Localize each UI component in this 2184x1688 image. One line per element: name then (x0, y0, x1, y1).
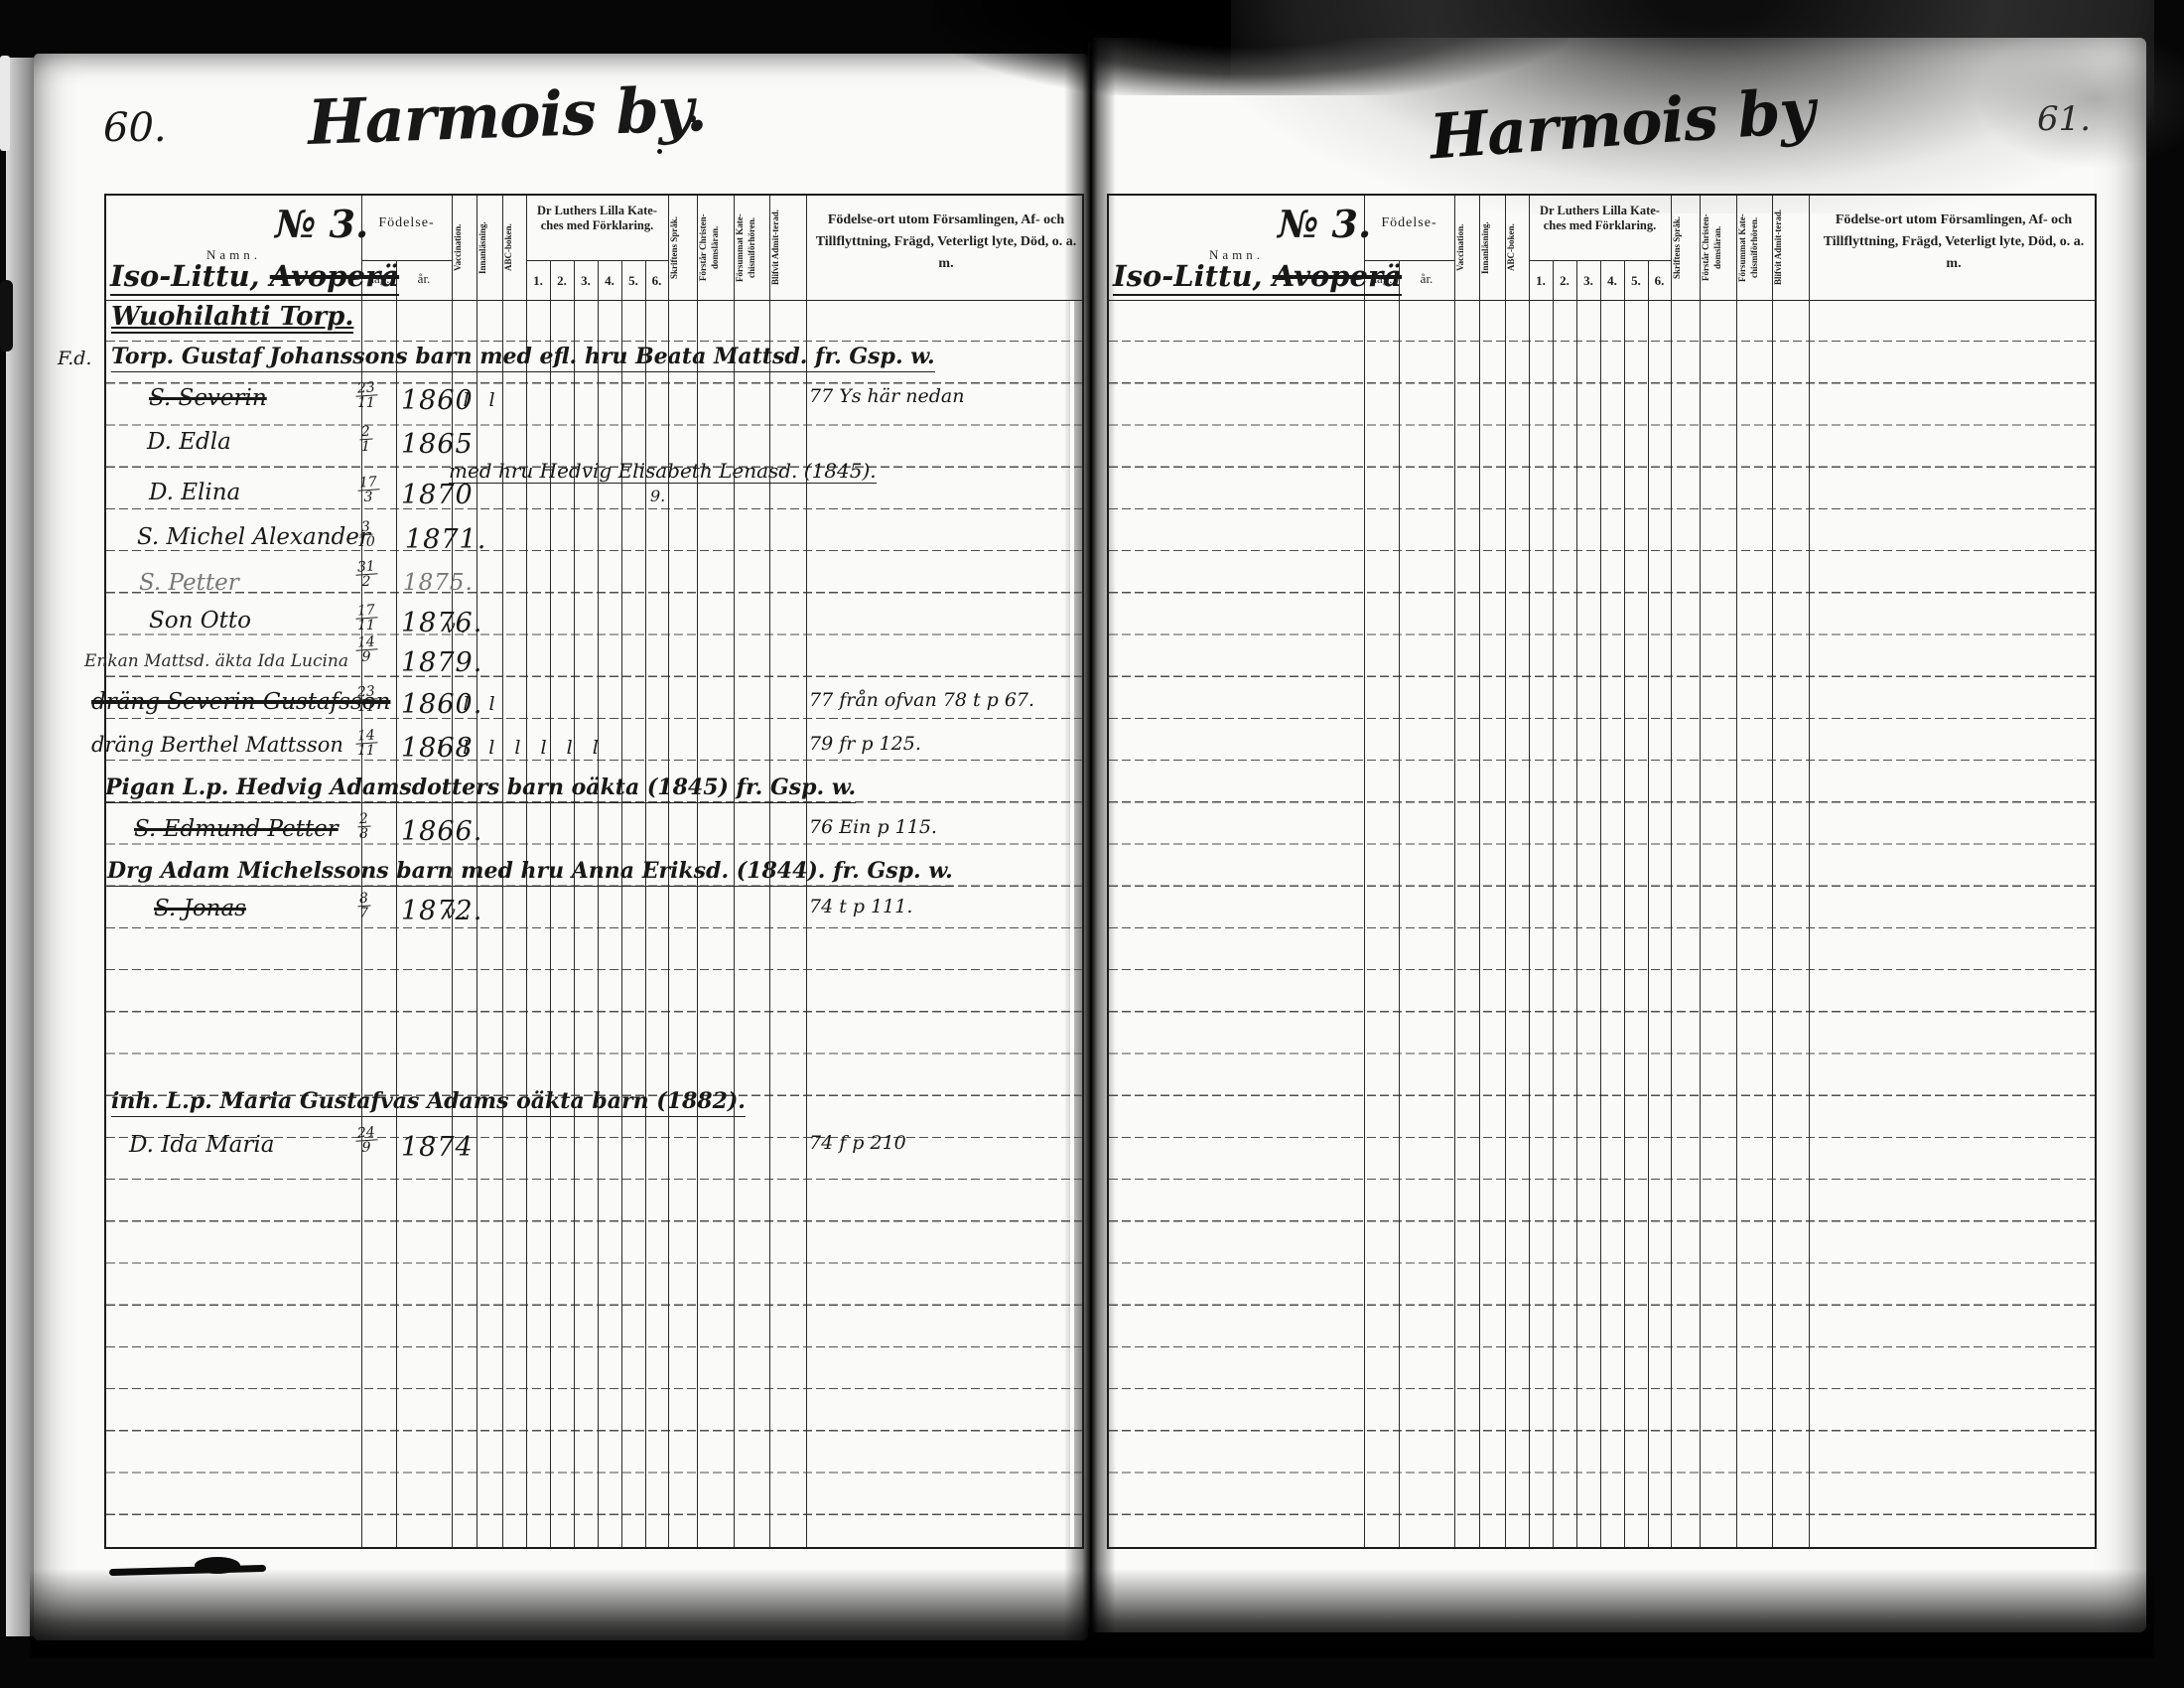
birth-day: 2311 (355, 685, 377, 714)
family-heading-line: Drg Adam Michelssons barn med hru Anna E… (107, 858, 953, 887)
birth-year: 1879. (401, 647, 482, 678)
page-number-left: 60. (103, 105, 167, 151)
birth-day: 149 (355, 635, 377, 664)
birth-month-num: 2 (361, 575, 370, 589)
birth-year: 1866. (401, 816, 482, 847)
record-note: 76 Ein p 115. (809, 816, 937, 838)
kateches-num: 1. (526, 273, 550, 289)
village-name-part: Iso-Littu, (1113, 259, 1263, 293)
birth-month-num: 11 (357, 744, 375, 758)
dag-label: dag. (1364, 271, 1399, 287)
birth-day: 28 (357, 812, 370, 841)
person-name: D. Ida Maria (129, 1132, 274, 1158)
catechism-marks: v. (445, 616, 474, 637)
innanlasning-label: Innanläsning. (1479, 198, 1505, 298)
person-row: D. Edla 21 1865 (0, 429, 2184, 473)
person-row: S. Michel Alexander 310 1871. (0, 524, 2184, 568)
header-subdivider (526, 260, 668, 261)
person-row: S. Edmund Petter 28 1866. 76 Ein p 115. (0, 816, 2184, 860)
forstar-label: Förstår Christen-domsläran. (1700, 198, 1736, 298)
birth-year: 1875. (403, 570, 474, 596)
person-row: S. Jonas 87 1872. v. 74 t p 111. (0, 896, 2184, 939)
catechism-marks: l l l l l l l (437, 737, 606, 759)
header-border (1109, 300, 2095, 301)
person-name: dräng Severin Gustafsson (91, 689, 390, 715)
person-name: D. Elina (149, 480, 240, 505)
person-name: S. Petter (139, 570, 239, 596)
birth-day: 87 (357, 892, 370, 920)
kateches-num: 2. (1553, 273, 1576, 289)
kateches-num: 2. (550, 273, 574, 289)
page-bottom-shadow (30, 1569, 2154, 1658)
birth-day: 249 (355, 1126, 377, 1155)
header-border (106, 300, 1082, 301)
birth-month-num: 9 (361, 650, 370, 664)
vaccination-label: Vaccination. (1454, 198, 1479, 298)
header-subdivider (1529, 260, 1671, 261)
birth-month-num: 11 (357, 619, 375, 633)
kateches-label: Dr Luthers Lilla Kate-ches med Förklarin… (1531, 204, 1669, 233)
person-name: S. Jonas (154, 896, 246, 921)
person-row: D. Ida Maria 249 1874 74 f p 210 (0, 1132, 2184, 1176)
person-row: Enkan Mattsd. äkta Ida Lucina 149 1879. (0, 643, 2184, 687)
blifvit-label: Blifvit Admit-terad. (769, 198, 806, 298)
person-name: S. Severin (149, 385, 267, 411)
page-title-left: Harmois by. (307, 72, 708, 159)
ar-label: år. (1399, 271, 1454, 287)
birth-day-num: 17 (355, 603, 378, 619)
person-name: D. Edla (147, 429, 231, 455)
birth-day: 21 (359, 425, 372, 454)
skriftens-label: Skriftens Språk. (1671, 198, 1700, 298)
record-note: 79 fr p 125. (809, 733, 921, 755)
birth-month-num: 7 (359, 907, 368, 920)
section-heading: Wuohilahti Torp. (111, 302, 353, 334)
fodelseort-label: Födelse-ort utom Församlingen, Af- och T… (813, 210, 1079, 275)
abc-boken-label: ABC-boken. (1505, 198, 1529, 298)
kateches-num: 1. (1529, 273, 1553, 289)
birth-day: 312 (355, 560, 377, 589)
kateches-num: 6. (1648, 273, 1671, 289)
record-note: 77 Ys här nedan (809, 385, 964, 407)
forsummat-label: Försummat Kate-chismiförhören. (1736, 198, 1772, 298)
catechism-marks: v. (445, 902, 474, 923)
birth-day-num: 2 (356, 812, 370, 828)
birth-month-num: 11 (357, 396, 375, 410)
forstar-label: Förstår Christen-domsläran. (697, 198, 734, 298)
margin-note: F.d. (58, 348, 91, 369)
birth-day-num: 14 (355, 728, 378, 744)
person-name: S. Edmund Petter (134, 816, 339, 842)
vaccination-label: Vaccination. (452, 198, 477, 298)
birth-day-num: 14 (355, 634, 378, 650)
record-note: 74 f p 210 (809, 1132, 906, 1154)
village-name: Iso-Littu, Avoperä (1113, 259, 1402, 296)
record-note: 77 från ofvan 78 t p 67. (809, 689, 1034, 711)
kateches-num: 6. (645, 273, 668, 289)
birth-day-num: 23 (355, 380, 378, 396)
birth-year: 1871. (405, 524, 486, 555)
ink-dot (657, 149, 662, 154)
catechism-marks: : l l (437, 693, 502, 715)
person-name: Son Otto (149, 608, 251, 633)
skriftens-label: Skriftens Språk. (668, 198, 697, 298)
innanlasning-label: Innanläsning. (477, 198, 502, 298)
birth-day-num: 17 (357, 475, 380, 491)
birth-year: 1874 (401, 1132, 474, 1163)
kateches-num: 3. (1576, 273, 1600, 289)
kateches-num: 4. (598, 273, 621, 289)
birth-day-num: 23 (355, 684, 378, 700)
person-row: dräng Berthel Mattsson 1411 1868 l l l l… (0, 733, 2184, 776)
scan-artifact (0, 280, 13, 352)
ar-label: år. (396, 271, 452, 287)
fodelse-label: Födelse- (361, 215, 452, 231)
birth-day-num: 24 (355, 1125, 378, 1141)
catechism-marks: : l l (437, 389, 502, 411)
birth-day: 310 (357, 520, 375, 549)
village-name-part: Iso-Littu, (110, 259, 260, 293)
record-note: 74 t p 111. (809, 896, 912, 917)
person-name: S. Michel Alexander (137, 524, 370, 550)
family-heading-line: Pigan L.p. Hedvig Adamsdotters barn oäkt… (105, 774, 856, 803)
record-number: № 3. (275, 202, 368, 246)
person-row: D. Elina 173 1870 (0, 480, 2184, 523)
family-heading-line: Torp. Gustaf Johanssons barn med efl. hr… (111, 344, 935, 372)
forsummat-label: Försummat Kate-chismiförhören. (734, 198, 769, 298)
birth-day-num: 3 (359, 520, 373, 536)
birth-day: 173 (357, 476, 379, 504)
person-name: Enkan Mattsd. äkta Ida Lucina (84, 651, 348, 671)
birth-day-num: 2 (358, 425, 372, 441)
birth-day-num: 31 (355, 559, 378, 575)
birth-year: 1870 (401, 480, 474, 510)
birth-day: 1411 (355, 729, 377, 758)
kateches-label: Dr Luthers Lilla Kate-ches med Förklarin… (528, 204, 666, 233)
record-number: № 3. (1278, 202, 1371, 246)
village-name: Iso-Littu, Avoperä (110, 259, 399, 296)
birth-month-num: 9 (361, 1141, 370, 1155)
person-row: S. Severin 2311 1860 : l l 77 Ys här ned… (0, 385, 2184, 429)
kateches-num: 3. (574, 273, 598, 289)
birth-day-num: 8 (356, 892, 370, 908)
scan-artifact (0, 56, 10, 151)
kateches-num: 5. (1624, 273, 1648, 289)
blifvit-label: Blifvit Admit-terad. (1772, 198, 1809, 298)
birth-year: 1865 (401, 429, 474, 460)
birth-month-num: 3 (363, 491, 372, 504)
person-row: dräng Severin Gustafsson 2311 1860. : l … (0, 689, 2184, 733)
abc-boken-label: ABC-boken. (502, 198, 526, 298)
fodelse-label: Födelse- (1364, 215, 1454, 231)
birth-day: 1711 (355, 604, 377, 633)
dag-label: dag. (361, 271, 396, 287)
kateches-num: 5. (621, 273, 645, 289)
birth-month-num: 1 (361, 440, 370, 454)
page-number-right: 61. (2037, 99, 2091, 139)
birth-day: 2311 (355, 381, 377, 410)
birth-month-num: 11 (357, 700, 375, 714)
fodelseort-label: Födelse-ort utom Församlingen, Af- och T… (1816, 210, 2092, 275)
kateches-num: 4. (1600, 273, 1624, 289)
birth-month-num: 10 (357, 535, 375, 549)
family-heading-line: inh. L.p. Maria Gustafvas Adams oäkta ba… (111, 1088, 746, 1117)
person-name: dräng Berthel Mattsson (91, 733, 343, 757)
birth-month-num: 8 (359, 827, 368, 841)
scanned-parish-register: 60. Harmois by. Harmois by 61. № 3. Namn… (0, 0, 2184, 1688)
